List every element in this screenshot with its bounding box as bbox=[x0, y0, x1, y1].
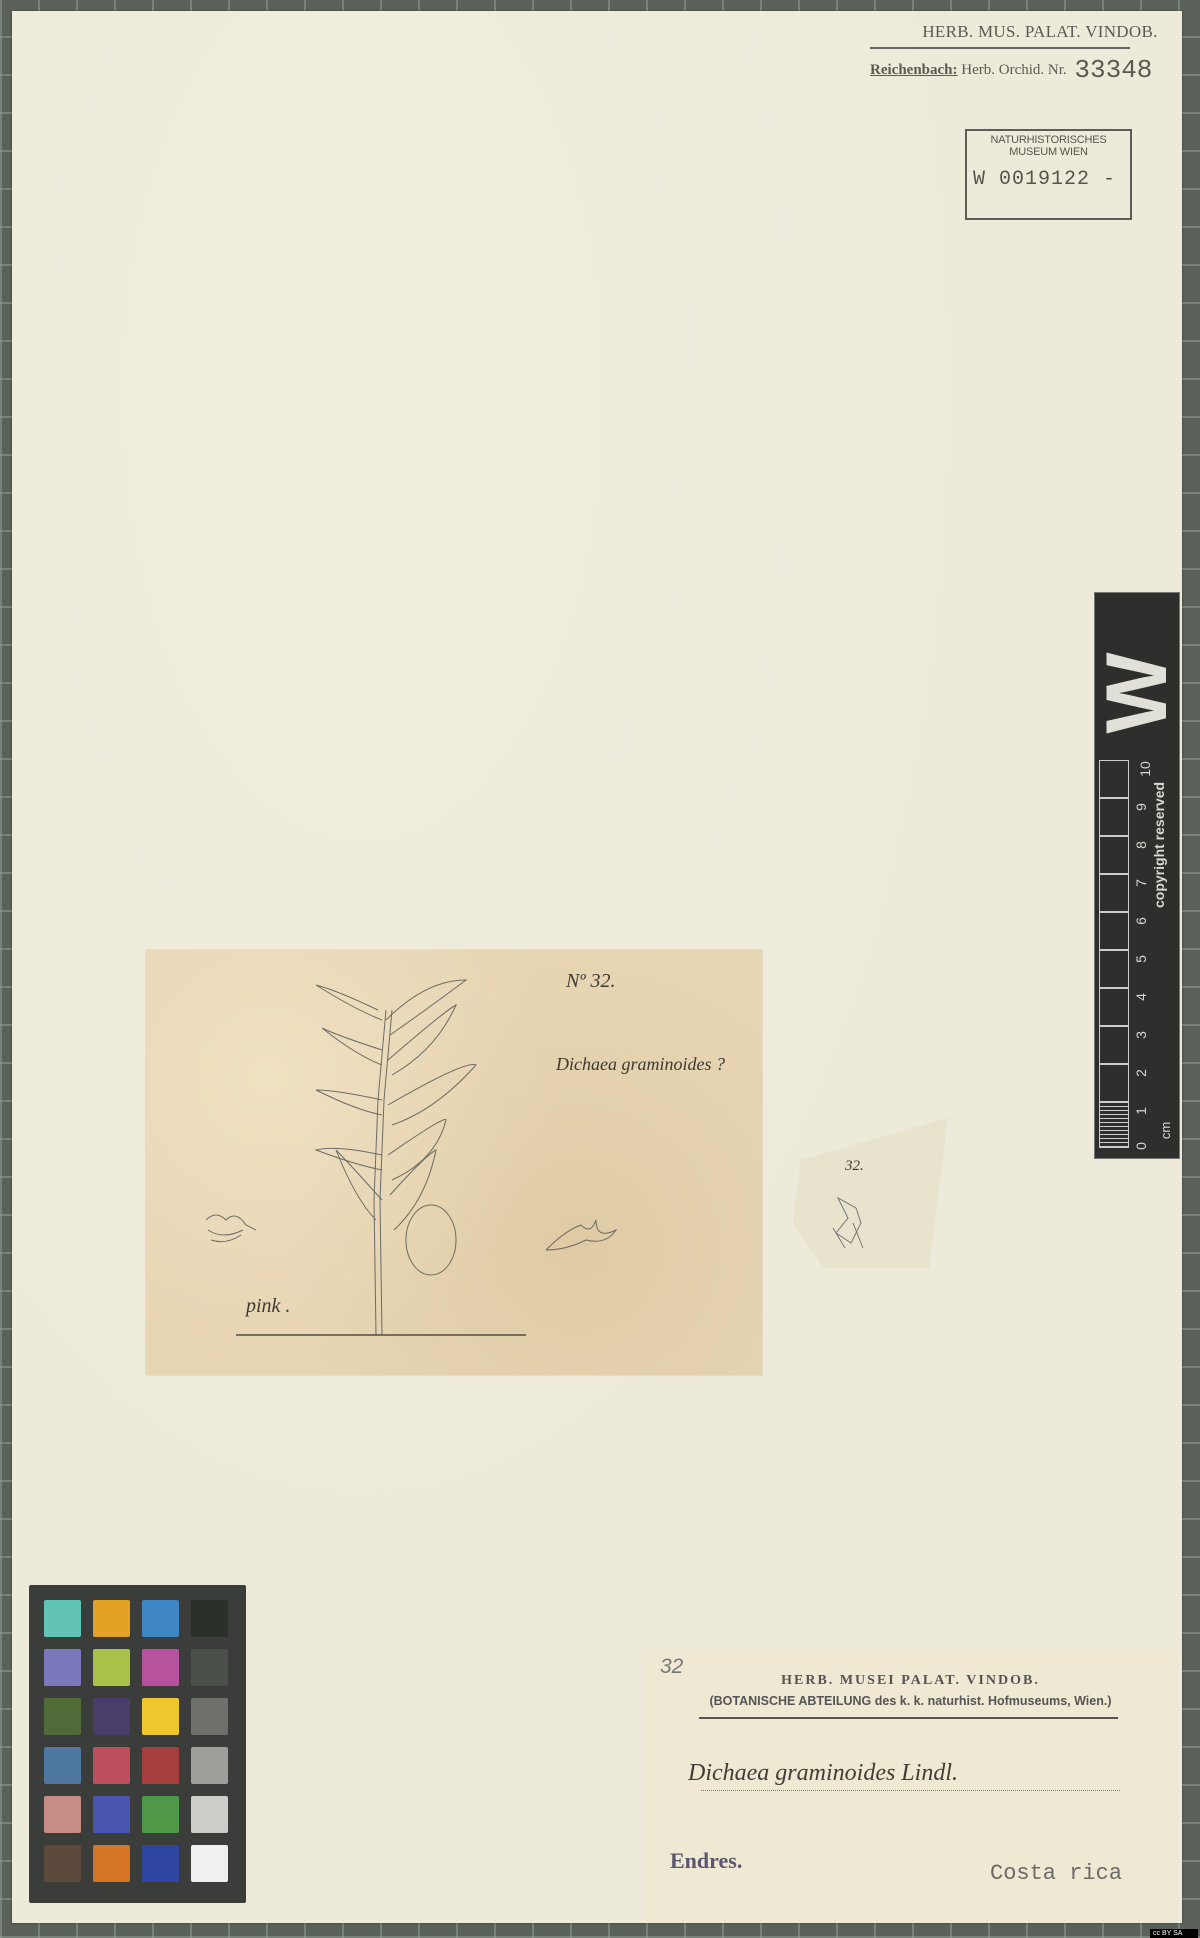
color-swatch bbox=[44, 1796, 81, 1833]
color-swatch bbox=[44, 1649, 81, 1686]
label-dotted-line bbox=[701, 1790, 1120, 1791]
tick-8: 8 bbox=[1133, 841, 1149, 849]
header-institution: HERB. MUS. PALAT. VINDOB. bbox=[870, 22, 1190, 42]
color-swatch bbox=[142, 1796, 179, 1833]
scale-ruler: W 10 9 8 7 6 5 4 3 2 1 0 copyright reser… bbox=[1094, 592, 1180, 1159]
color-swatch bbox=[44, 1845, 81, 1882]
ruler-bars bbox=[1099, 760, 1129, 1148]
header-stamp: HERB. MUS. PALAT. VINDOB. Reichenbach: H… bbox=[870, 22, 1190, 85]
herbarium-label: 32 HERB. MUSEI PALAT. VINDOB. (BOTANISCH… bbox=[643, 1650, 1178, 1922]
label-rule bbox=[699, 1717, 1118, 1719]
label-subtitle: (BOTANISCHE ABTEILUNG des k. k. naturhis… bbox=[643, 1694, 1178, 1708]
institution-line-1: NATURHISTORISCHES bbox=[967, 134, 1130, 146]
inventory-stamp: NATURHISTORISCHES MUSEUM WIEN W 0019122 … bbox=[965, 129, 1132, 220]
header-collection-line: Reichenbach: Herb. Orchid. Nr. 33348 bbox=[870, 55, 1190, 85]
tick-7: 7 bbox=[1133, 879, 1149, 887]
color-swatch bbox=[93, 1845, 130, 1882]
tick-0: 0 bbox=[1133, 1142, 1149, 1150]
tick-2: 2 bbox=[1133, 1069, 1149, 1077]
color-swatch bbox=[142, 1649, 179, 1686]
orchid-sketch-icon bbox=[146, 950, 762, 1375]
label-title: HERB. MUSEI PALAT. VINDOB. bbox=[643, 1673, 1178, 1689]
drawing-number-note: Nº 32. bbox=[566, 970, 616, 993]
color-swatch bbox=[191, 1747, 228, 1784]
color-swatch bbox=[44, 1698, 81, 1735]
tick-1: 1 bbox=[1133, 1107, 1149, 1115]
drawing-color-note: pink . bbox=[246, 1295, 290, 1318]
color-swatch bbox=[93, 1600, 130, 1637]
color-swatch bbox=[93, 1747, 130, 1784]
collection-prefix: Reichenbach: bbox=[870, 62, 958, 78]
color-swatch bbox=[191, 1600, 228, 1637]
color-calibration-card bbox=[29, 1585, 246, 1903]
color-swatch bbox=[93, 1649, 130, 1686]
color-swatch bbox=[191, 1845, 228, 1882]
color-swatch bbox=[142, 1747, 179, 1784]
color-swatch bbox=[191, 1698, 228, 1735]
tick-5: 5 bbox=[1133, 955, 1149, 963]
ruler-logo: W bbox=[1077, 663, 1197, 723]
label-collector: Endres. bbox=[670, 1848, 742, 1874]
drawing-taxon-note: Dichaea graminoides ? bbox=[556, 1054, 725, 1075]
tick-3: 3 bbox=[1133, 1031, 1149, 1039]
collection-text: Herb. Orchid. Nr. bbox=[961, 62, 1066, 78]
color-swatch bbox=[142, 1698, 179, 1735]
color-swatch bbox=[191, 1649, 228, 1686]
label-locality: Costa rica bbox=[990, 1861, 1122, 1886]
inventory-institution: NATURHISTORISCHES MUSEUM WIEN bbox=[967, 134, 1130, 158]
color-swatch bbox=[93, 1796, 130, 1833]
color-swatch bbox=[44, 1600, 81, 1637]
color-swatch bbox=[93, 1698, 130, 1735]
header-rule bbox=[870, 47, 1130, 49]
color-swatch bbox=[191, 1796, 228, 1833]
ruler-copyright: copyright reserved bbox=[1151, 688, 1167, 908]
license-badge: cc BY SA bbox=[1150, 1929, 1198, 1938]
color-swatch bbox=[142, 1600, 179, 1637]
tick-6: 6 bbox=[1133, 917, 1149, 925]
color-swatch bbox=[142, 1845, 179, 1882]
ruler-unit: cm bbox=[1158, 1122, 1173, 1139]
institution-line-2: MUSEUM WIEN bbox=[967, 146, 1130, 158]
tick-4: 4 bbox=[1133, 993, 1149, 1001]
tick-9: 9 bbox=[1133, 803, 1149, 811]
label-taxon: Dichaea graminoides Lindl. bbox=[688, 1760, 958, 1787]
collection-number: 33348 bbox=[1074, 55, 1152, 85]
color-swatch bbox=[44, 1747, 81, 1784]
drawing-sheet: Nº 32. Dichaea graminoides ? pink . bbox=[146, 950, 762, 1375]
barcode-id: W 0019122 - bbox=[973, 168, 1130, 191]
